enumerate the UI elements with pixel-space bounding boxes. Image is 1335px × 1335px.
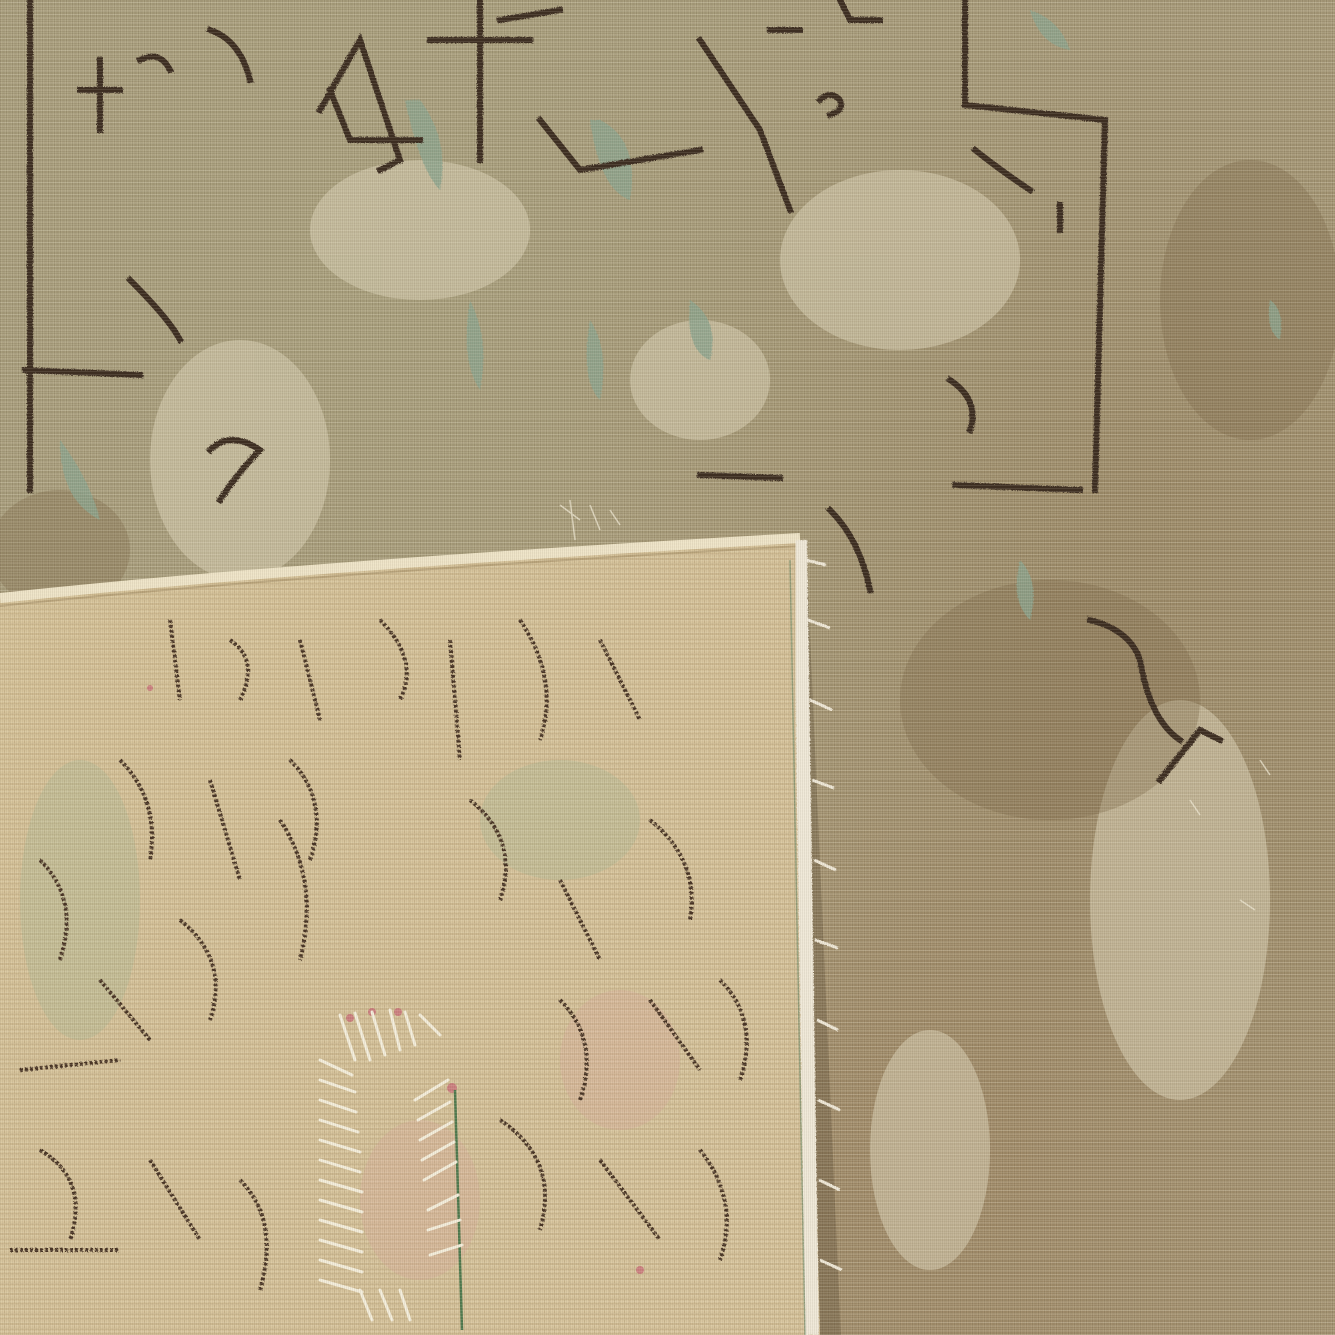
rug-photo bbox=[0, 0, 1335, 1335]
front-pile-motifs bbox=[0, 0, 1335, 1335]
